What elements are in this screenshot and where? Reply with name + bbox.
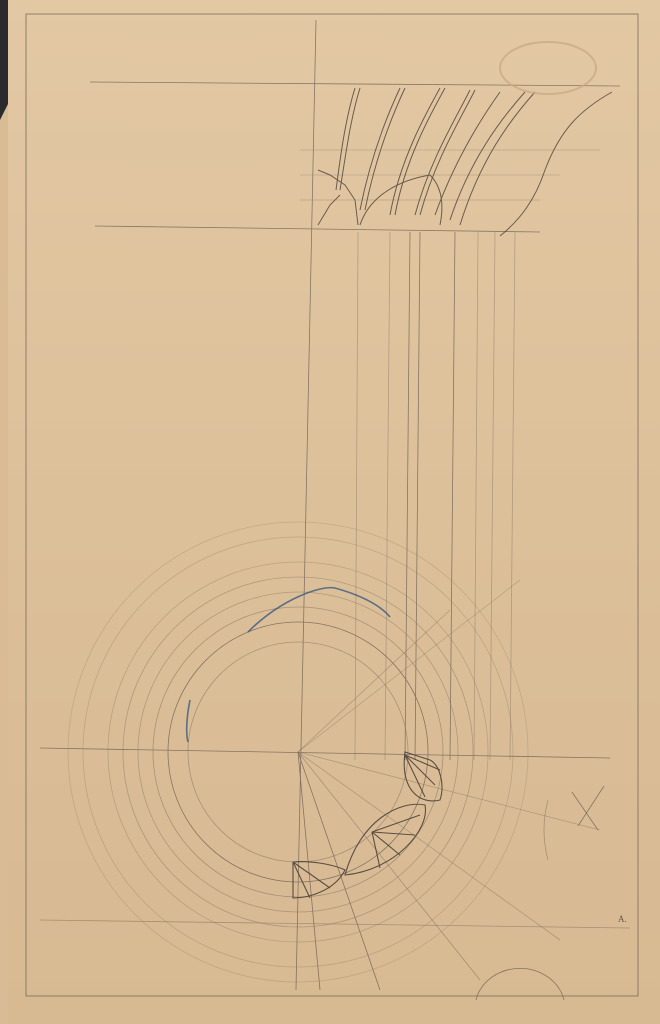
paper-sheet: A. <box>8 0 660 1024</box>
pencil-drawing <box>8 0 660 1024</box>
drawing-photo: A. <box>0 0 660 1024</box>
corner-mark: A. <box>618 914 627 924</box>
